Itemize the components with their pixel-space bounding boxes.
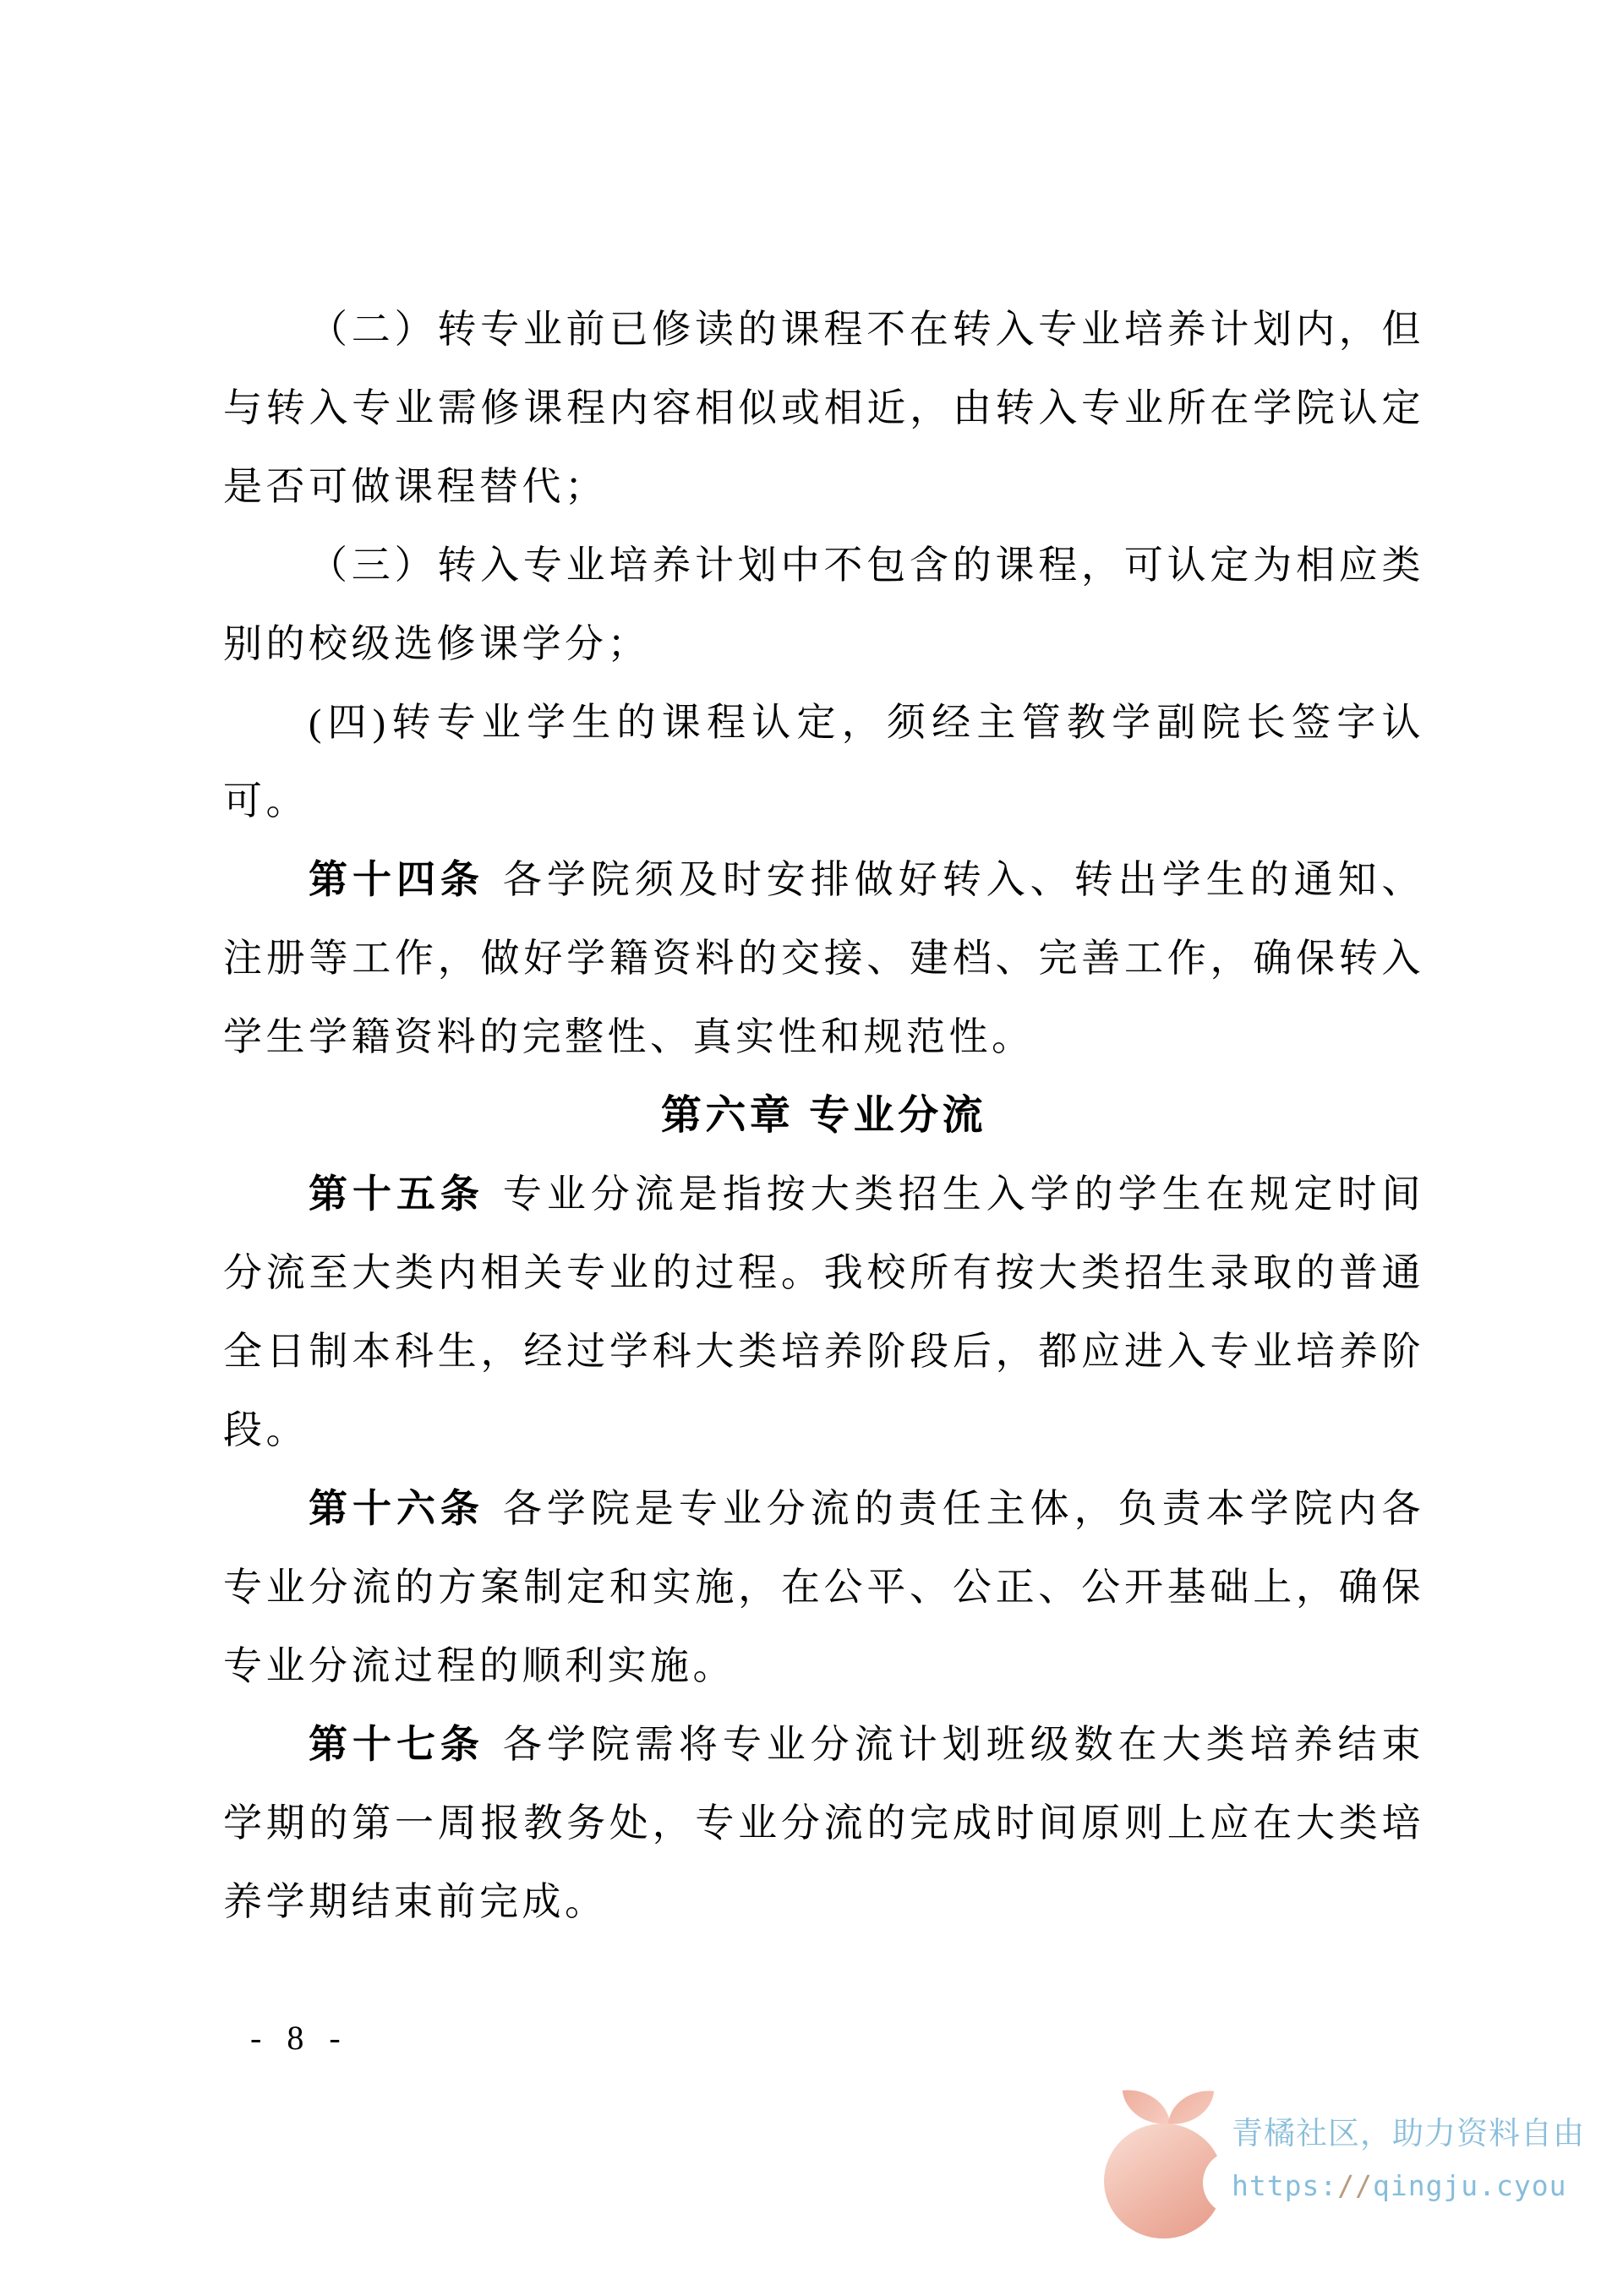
document-body: （二）转专业前已修读的课程不在转入专业培养计划内，但与转入专业需修课程内容相似或…: [223, 290, 1424, 1941]
clause-paragraph-4: (四)转专业学生的课程认定，须经主管教学副院长签字认可。: [223, 683, 1424, 840]
article-14-paragraph: 第十四条各学院须及时安排做好转入、转出学生的通知、注册等工作，做好学籍资料的交接…: [223, 840, 1424, 1076]
article-15-paragraph: 第十五条专业分流是指按大类招生入学的学生在规定时间分流至大类内相关专业的过程。我…: [223, 1155, 1424, 1469]
watermark-url-domain: qingju.cyou: [1373, 2169, 1567, 2202]
document-page: （二）转专业前已修读的课程不在转入专业培养计划内，但与转入专业需修课程内容相似或…: [0, 0, 1623, 2296]
watermark: 青橘社区，助力资料自由 https://qingju.cyou: [1104, 2086, 1594, 2255]
chapter-heading: 第六章 专业分流: [223, 1076, 1424, 1155]
leaf-right-icon: [1168, 2087, 1214, 2129]
watermark-url-slashes: //: [1337, 2169, 1373, 2202]
page-number: - 8 -: [250, 2018, 349, 2058]
clause-paragraph-3: （三）转入专业培养计划中不包含的课程，可认定为相应类别的校级选修课学分；: [223, 526, 1424, 683]
watermark-slogan: 青橘社区，助力资料自由: [1232, 2115, 1585, 2152]
article-16-paragraph: 第十六条各学院是专业分流的责任主体，负责本学院内各专业分流的方案制定和实施，在公…: [223, 1469, 1424, 1705]
article-17-term: 第十七条: [309, 1722, 484, 1766]
leaf-left-icon: [1123, 2086, 1170, 2128]
article-14-term: 第十四条: [309, 857, 484, 901]
article-16-term: 第十六条: [309, 1486, 484, 1530]
watermark-url: https://qingju.cyou: [1232, 2169, 1585, 2203]
watermark-url-scheme: https:: [1232, 2169, 1337, 2202]
article-17-paragraph: 第十七条各学院需将专业分流计划班级数在大类培养结束学期的第一周报教务处，专业分流…: [223, 1705, 1424, 1941]
watermark-text-block: 青橘社区，助力资料自由 https://qingju.cyou: [1232, 2115, 1585, 2203]
clause-paragraph-2: （二）转专业前已修读的课程不在转入专业培养计划内，但与转入专业需修课程内容相似或…: [223, 290, 1424, 526]
article-15-term: 第十五条: [309, 1172, 484, 1216]
